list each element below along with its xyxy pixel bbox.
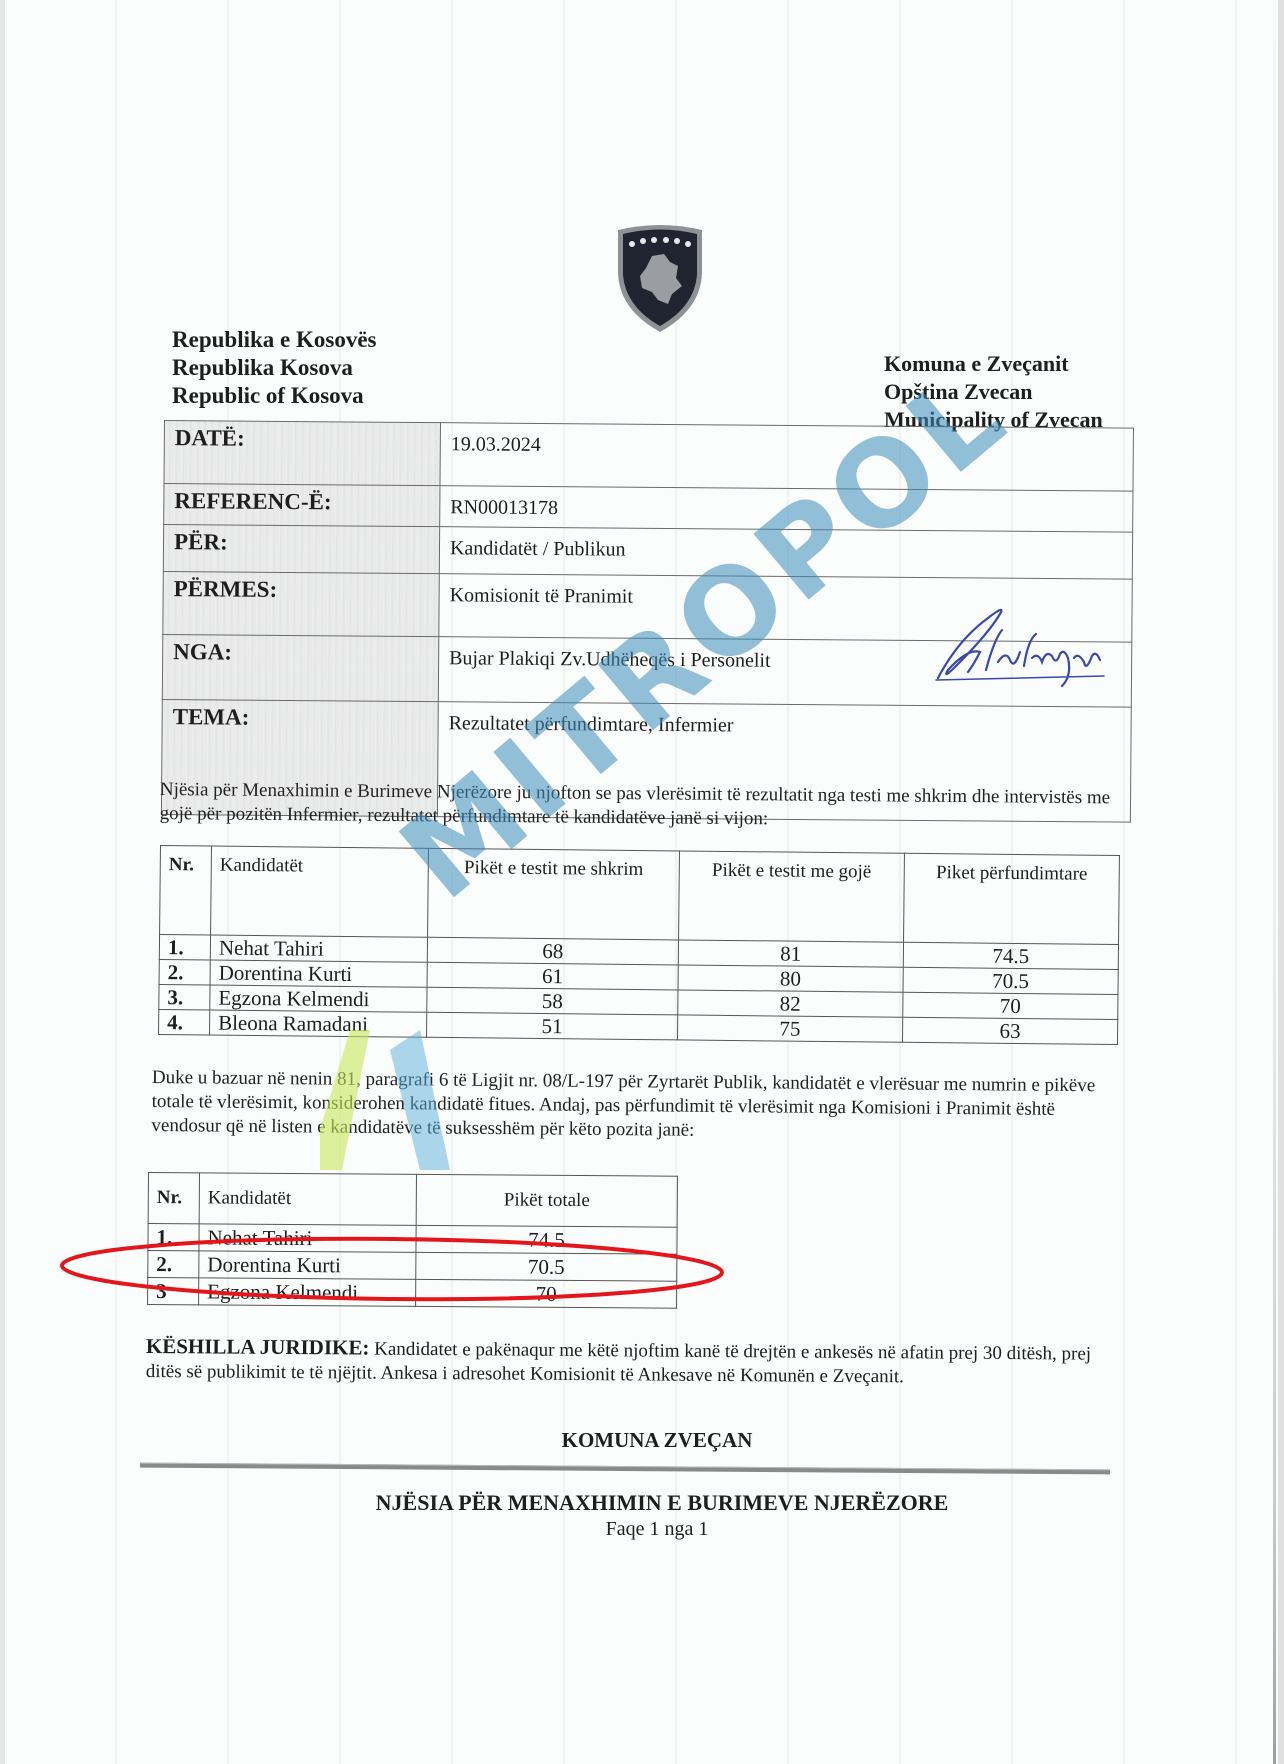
totals-table: Nr. Kandidatët Pikët totale 1. Nehat Tah… [147,1172,678,1309]
table-header-row: Nr. Kandidatët Pikët totale [148,1173,677,1228]
written-score: 58 [427,987,678,1015]
written-score: 68 [427,937,678,965]
meta-row-to: PËR: Kandidatët / Publikun [163,525,1132,580]
signature [928,600,1118,690]
column-header: Pikët e testit me gojë [678,851,904,942]
candidate-name: Dorentina Kurti [199,1251,416,1280]
column-header: Nr. [148,1173,199,1224]
row-number: 3. [159,984,210,1010]
final-score: 70.5 [903,967,1118,994]
oral-score: 80 [678,965,903,992]
oral-score: 82 [678,990,903,1017]
column-header: Nr. [160,846,212,936]
issuer-republic: Republika e Kosovës Republika Kosova Rep… [172,326,376,410]
kosovo-coat-of-arms-icon [612,222,708,334]
header-left-line: Republic of Kosova [172,382,376,410]
column-header: Piket përfundimtare [903,853,1119,944]
row-number: 2. [159,959,210,985]
scores-table: Nr. Kandidatët Pikët e testit me shkrim … [158,845,1120,1045]
column-header: Pikët totale [416,1174,677,1227]
total-score: 74.5 [416,1225,677,1254]
page-number: Faqe 1 nga 1 [0,1518,1284,1541]
candidate-name: Egzona Kelmendi [199,1278,416,1307]
row-number: 3 [148,1278,199,1305]
legal-heading: KËSHILLA JURIDIKE: [146,1334,370,1360]
written-score: 61 [427,962,678,990]
table-header-row: Nr. Kandidatët Pikët e testit me shkrim … [160,846,1120,945]
footer-unit: NJËSIA PËR MENAXHIMIN E BURIMEVE NJERËZO… [0,1490,1284,1516]
table-row-highlighted: 2. Dorentina Kurti 70.5 [148,1251,677,1282]
row-number: 1. [148,1224,199,1251]
row-number: 2. [148,1251,199,1278]
legal-advice: KËSHILLA JURIDIKE: Kandidatet e pakënaqu… [146,1334,1116,1391]
candidate-name: Nehat Tahiri [199,1224,416,1253]
oral-score: 81 [678,940,903,967]
final-score: 74.5 [903,942,1118,969]
oral-score: 75 [677,1015,902,1042]
candidate-name: Nehat Tahiri [210,935,427,962]
table-row: 1. Nehat Tahiri 74.5 [148,1224,677,1255]
meta-label: DATË: [175,425,430,453]
column-header: Kandidatët [211,846,429,937]
header-left-line: Republika e Kosovës [172,326,376,354]
meta-label: REFERENC-Ë: [174,488,429,516]
candidate-name: Bleona Ramadani [210,1010,427,1037]
decision-paragraph: Duke u bazuar në nenin 81, paragrafi 6 t… [151,1066,1122,1146]
meta-label: NGA: [173,639,428,667]
header-left-line: Republika Kosova [172,354,376,382]
final-score: 70 [903,992,1118,1019]
candidate-name: Egzona Kelmendi [210,985,427,1012]
issuer-signoff: KOMUNA ZVEÇAN [0,1428,1284,1453]
row-number: 4. [159,1009,210,1035]
column-header: Kandidatët [199,1173,416,1226]
meta-label: PËRMES: [174,576,429,604]
meta-label: PËR: [174,529,429,557]
row-number: 1. [159,935,210,961]
total-score: 70 [416,1279,677,1308]
total-score: 70.5 [416,1252,677,1281]
table-row: 3 Egzona Kelmendi 70 [148,1278,677,1309]
written-score: 51 [427,1012,678,1040]
meta-label: TEMA: [173,704,428,732]
intro-paragraph: Njësia për Menaxhimin e Burimeve Njerëzo… [160,778,1140,835]
candidate-name: Dorentina Kurti [210,960,427,987]
final-score: 63 [902,1017,1117,1044]
